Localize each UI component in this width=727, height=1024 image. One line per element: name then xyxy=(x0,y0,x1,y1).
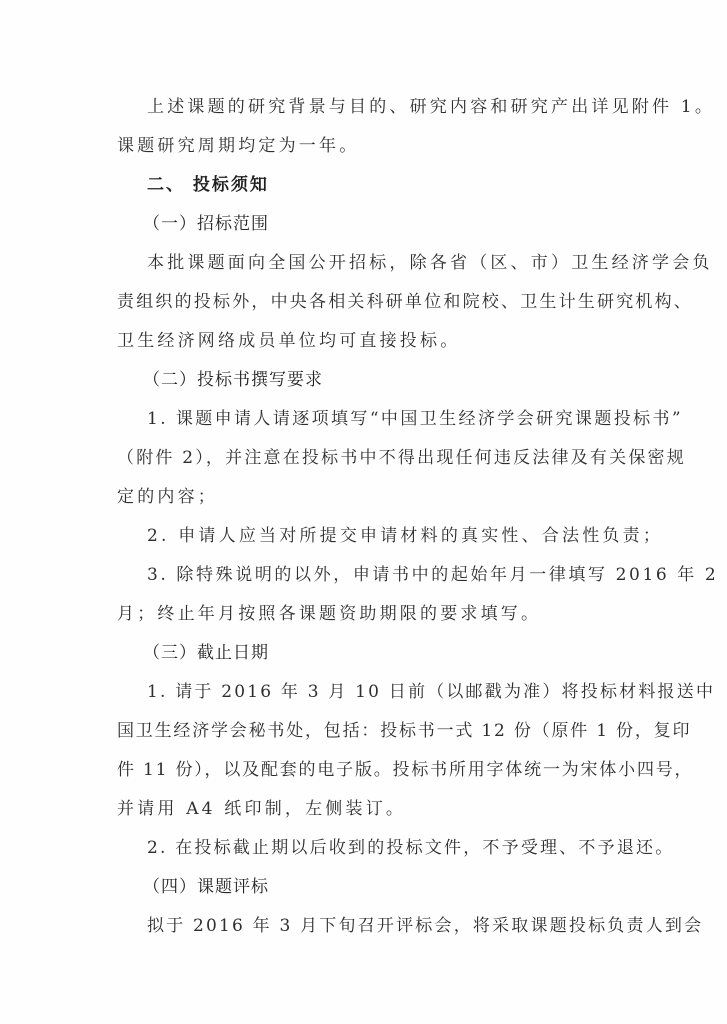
paragraph-line: 责组织的投标外，中央各相关科研单位和院校、卫生计生研究机构、 xyxy=(117,291,693,313)
paragraph-line: 2. 在投标截止期以后收到的投标文件，不予受理、不予退还。 xyxy=(147,837,674,859)
paragraph-line: 上述课题的研究背景与目的、研究内容和研究产出详见附件 1。 xyxy=(147,96,715,118)
paragraph-line: 本批课题面向全国公开招标，除各省（区、市）卫生经济学会负 xyxy=(147,252,713,274)
document-page: 上述课题的研究背景与目的、研究内容和研究产出详见附件 1。 课题研究周期均定为一… xyxy=(0,0,727,1024)
paragraph-line: 3. 除特殊说明的以外，申请书中的起始年月一律填写 2016 年 2 xyxy=(147,564,718,586)
subsection-heading: （四）课题评标 xyxy=(143,876,269,898)
paragraph-line: 并请用 A4 纸印制，左侧装订。 xyxy=(117,798,406,820)
paragraph-line: 国卫生经济学会秘书处，包括：投标书一式 12 份（原件 1 份，复印 xyxy=(117,720,691,742)
section-heading: 二、 投标须知 xyxy=(147,174,269,196)
paragraph-line: 拟于 2016 年 3 月下旬召开评标会，将采取课题投标负责人到会 xyxy=(147,915,703,937)
subsection-heading: （一）招标范围 xyxy=(143,213,269,235)
paragraph-line: （附件 2），并注意在投标书中不得出现任何违反法律及有关保密规 xyxy=(117,447,686,469)
paragraph-line: 2. 申请人应当对所提交申请材料的真实性、合法性负责； xyxy=(147,525,663,547)
paragraph-line: 1. 课题申请人请逐项填写“中国卫生经济学会研究课题投标书” xyxy=(147,408,683,430)
paragraph-line: 卫生经济网络成员单位均可直接投标。 xyxy=(117,330,460,352)
subsection-heading: （三）截止日期 xyxy=(143,642,269,664)
paragraph-line: 课题研究周期均定为一年。 xyxy=(117,135,359,157)
paragraph-line: 月；终止年月按照各课题资助期限的要求填写。 xyxy=(117,603,541,625)
paragraph-line: 1. 请于 2016 年 3 月 10 日前（以邮戳为准）将投标材料报送中 xyxy=(147,681,715,703)
paragraph-line: 件 11 份），以及配套的电子版。投标书所用字体统一为宋体小四号， xyxy=(117,759,693,781)
paragraph-line: 定的内容； xyxy=(117,486,218,508)
subsection-heading: （二）投标书撰写要求 xyxy=(143,369,323,391)
